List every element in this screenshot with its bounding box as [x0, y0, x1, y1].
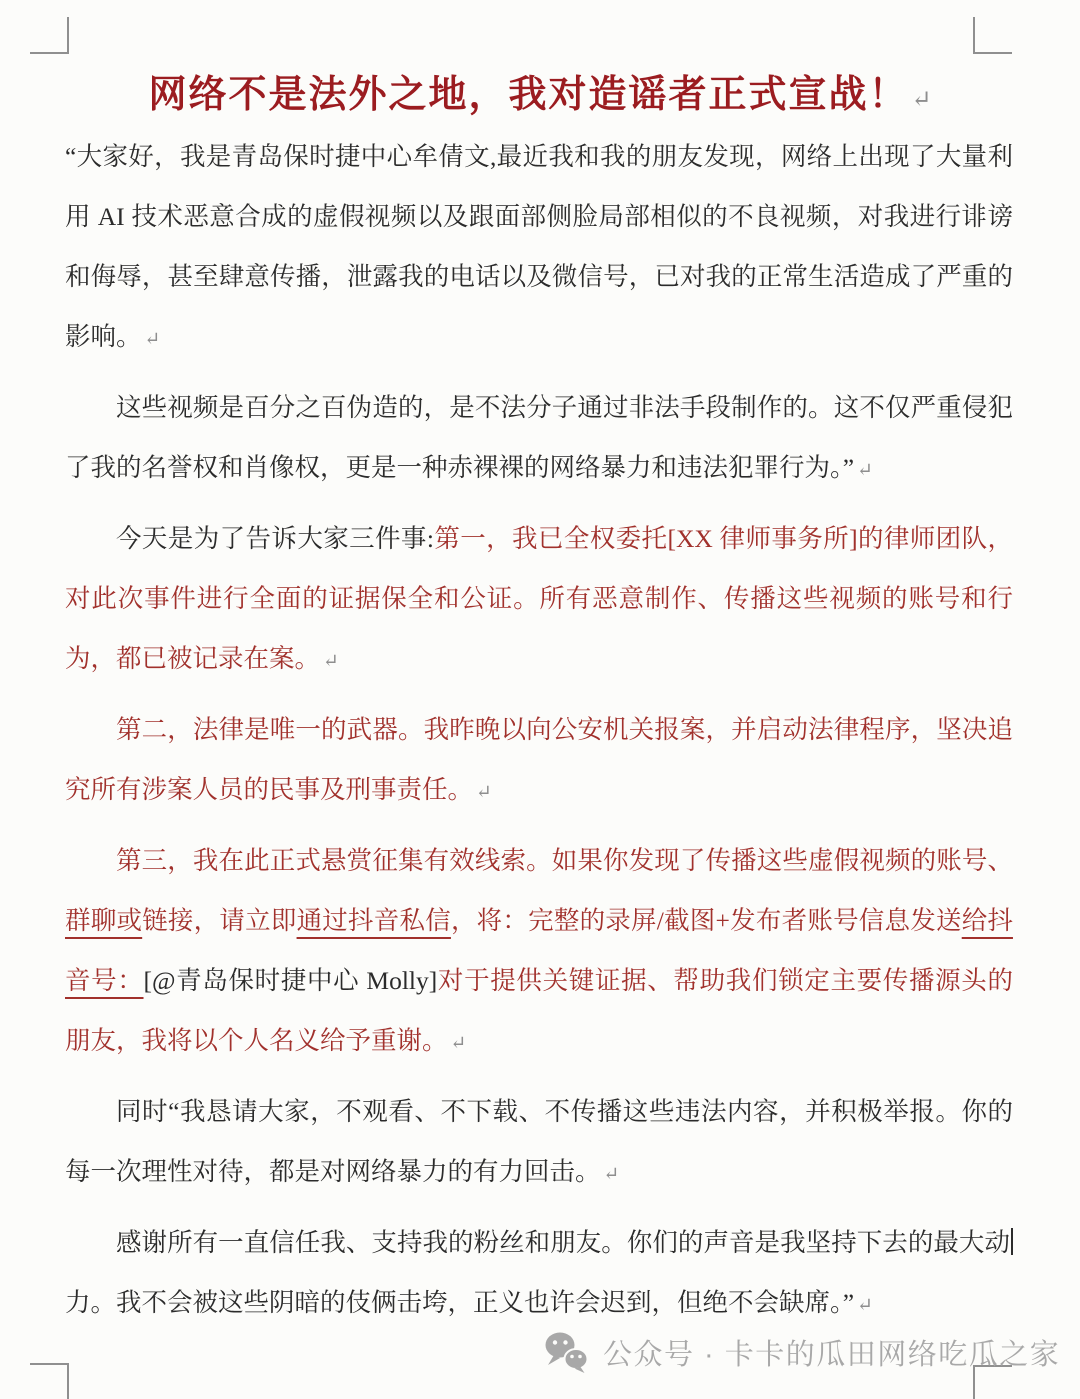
margin-corner-mark-top-left	[30, 17, 69, 54]
text-run: “大家好，我是青岛保时捷中心牟倩文,最近我和我的朋友发现，网络上出现了大量利用 …	[65, 142, 1013, 351]
text-run: 第三，我在此正式悬赏征集有效线索。如果你发现了传播这些虚假视频的账号、	[116, 846, 1013, 875]
document-page: 网络不是法外之地，我对造谣者正式宣战！↵ “大家好，我是青岛保时捷中心牟倩文,最…	[0, 0, 1080, 1399]
document-title: 网络不是法外之地，我对造谣者正式宣战！↵	[0, 70, 1080, 125]
watermark: 公众号 · 卡卡的瓜田网络吃瓜之家	[543, 1331, 1060, 1373]
paragraph-mark: ↵	[476, 782, 492, 803]
paragraph: 第二，法律是唯一的武器。我昨晚以向公安机关报案，并启动法律程序，坚决追究所有涉案…	[65, 700, 1013, 823]
text-run: 感谢所有一直信任我、支持我的粉丝和朋友。你们的声音是我坚持下去的最大动	[116, 1228, 1010, 1257]
margin-corner-mark-top-right	[973, 17, 1012, 54]
paragraph: “大家好，我是青岛保时捷中心牟倩文,最近我和我的朋友发现，网络上出现了大量利用 …	[65, 127, 1013, 370]
wechat-icon	[543, 1331, 590, 1373]
text-run: 力。我不会被这些阴暗的伎俩击垮，正义也许会迟到，但绝不会缺席。”	[65, 1288, 854, 1317]
paragraph-mark: ↵	[857, 460, 873, 481]
paragraph: 今天是为了告诉大家三件事:第一，我已全权委托[XX 律师事务所]的律师团队，对此…	[65, 509, 1013, 692]
text-run: 第二，法律是唯一的武器。我昨晚以向公安机关报案，并启动法律程序，坚决追究所有涉案…	[65, 715, 1013, 804]
paragraph-mark: ↵	[857, 1295, 873, 1316]
paragraph: 同时“我恳请大家，不观看、不下载、不传播这些违法内容，并积极举报。你的每一次理性…	[65, 1082, 1013, 1205]
paragraph-mark: ↵	[911, 87, 931, 113]
paragraph-mark: ↵	[145, 329, 161, 350]
paragraph-mark: ↵	[604, 1164, 620, 1185]
paragraph-mark: ↵	[451, 1033, 467, 1054]
text-run: 群聊或	[65, 906, 142, 935]
paragraph: 感谢所有一直信任我、支持我的粉丝和朋友。你们的声音是我坚持下去的最大动力。我不会…	[65, 1213, 1013, 1336]
text-cursor	[1011, 1228, 1013, 1255]
text-run: ，将：完整的录屏/截图+发布者账号信息发送	[451, 906, 962, 935]
watermark-label: 公众号 · 卡卡的瓜田网络吃瓜之家	[603, 1332, 1060, 1373]
document-title-text: 网络不是法外之地，我对造谣者正式宣战！	[148, 74, 908, 116]
paragraph: 第三，我在此正式悬赏征集有效线索。如果你发现了传播这些虚假视频的账号、群聊或链接…	[65, 831, 1013, 1074]
text-run: [@青岛保时捷中心 Molly]	[144, 966, 438, 995]
paragraph-mark: ↵	[323, 651, 339, 672]
paragraph: 这些视频是百分之百伪造的，是不法分子通过非法手段制作的。这不仅严重侵犯了我的名誉…	[65, 378, 1013, 501]
margin-corner-mark-bottom-left	[30, 1363, 69, 1399]
text-run: 链接，请立即	[142, 906, 296, 935]
text-run: 今天是为了告诉大家三件事:	[116, 524, 434, 553]
text-run: 同时“我恳请大家，不观看、不下载、不传播这些违法内容，并积极举报。你的每一次理性…	[65, 1097, 1013, 1186]
document-body: “大家好，我是青岛保时捷中心牟倩文,最近我和我的朋友发现，网络上出现了大量利用 …	[65, 127, 1013, 1344]
text-run: 通过抖音私信	[297, 906, 451, 935]
